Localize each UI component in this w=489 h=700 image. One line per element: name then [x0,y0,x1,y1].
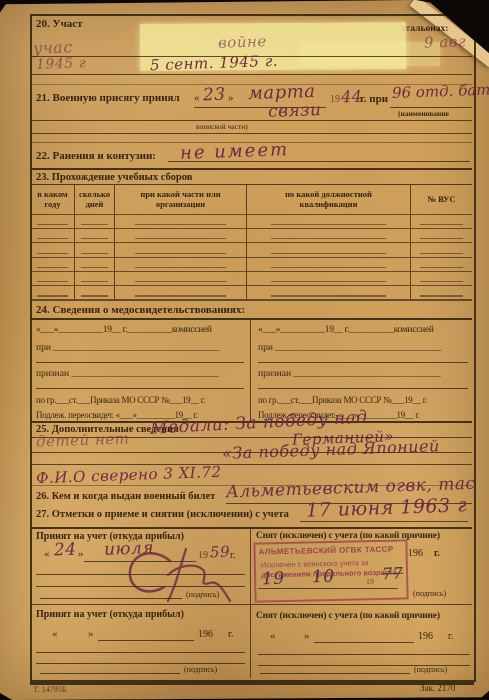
after-year-label: г. при [360,94,388,106]
col-header-vus: № ВУС [411,185,472,215]
quote-close: » [88,629,94,641]
hw-campaign-3: 9 авг [424,32,467,51]
section-20-label: 20. Участ [36,19,83,31]
table-cell [247,258,411,272]
table-cell [247,243,411,257]
table-cell [31,272,75,286]
tape-patch-2 [300,42,440,66]
hint-naimenovanie: (наименование [398,110,449,118]
col-header-unit: при какой части или организации [115,185,247,215]
hw-children: детей нет [36,429,130,450]
section-27-label: 27. Отметки о приеме и снятии (исключени… [36,509,289,520]
sign-label-1: (подпись) [186,591,219,599]
removed-year-printed: 19 [366,578,374,586]
hw-accept-day: 24 [54,540,77,561]
removed2-year196: 196 [418,632,433,643]
sign-label-4: (подпись) [414,666,447,674]
table-cell [411,229,472,243]
quote-close: » [304,631,310,643]
table-cell [115,243,247,257]
removed2-g-label: г. [448,632,453,643]
removed-year196: 196 [408,549,423,560]
table-cell [31,286,75,300]
col-header-days: сколько дней [75,185,115,215]
hw-campaign-2: войне [218,32,267,52]
table-cell [411,215,472,229]
order-number: Зак. 2170 [420,684,455,693]
med-right-pri-line: при ___________________________________ [258,344,442,354]
accept-label-2: Принят на учет (откуда прибыл) [36,610,184,621]
med-right-date-line: «___»__________19__ г.__________комиссие… [258,326,434,336]
hw-campaign-1: учас [33,37,73,57]
table-cell [31,243,75,257]
table-cell [411,272,472,286]
table-cell [75,300,115,301]
table-cell [75,272,115,286]
table-cell [115,215,247,229]
table-cell [75,215,115,229]
hw-unit: 96 отд. бат-н [392,80,489,102]
table-cell [247,272,411,286]
col-header-qualification: по какой должностной квалификации [247,185,411,215]
section-26-label: 26. Кем и когда выдан военный билет [36,491,215,502]
table-cell [247,215,411,229]
quote-close: » [78,549,84,561]
section-21-label: 21. Военную присягу принял [36,93,180,105]
section-22-label: 22. Ранения и контузии: [36,151,156,163]
table-cell [115,258,247,272]
hw-removed-day: 19 [262,569,285,590]
hw-oath-day: 23 [203,85,226,106]
sign-label-2: (подпись) [413,590,446,598]
med-right-prikaz-line: по гр.___ст.___Приказа МО СССР №___19__ … [258,396,427,405]
table-cell [115,286,247,300]
removed-label-2: Снят (исключен) с учета (по какой причин… [256,612,440,622]
table-cell [115,229,247,243]
section-24-label: 24. Сведения о медосвидетельствованиях: [36,305,245,317]
accept2-g-label: г. [228,630,233,641]
quote-open: « [270,631,276,643]
table-cell [247,300,411,301]
table-cell [31,258,75,272]
document-page: 20. Участ атальонах: учас войне 9 авг 19… [0,0,489,700]
table-cell [75,243,115,257]
hw-removed-year: 77 [382,564,404,584]
quote-open: « [44,549,50,561]
sign-label-3: (подпись) [184,666,217,674]
hw-campaign-4: 1945 г [36,55,87,73]
training-table: в каком году сколько дней при какой част… [31,184,472,301]
med-right-priznan-line: признан _______________________________ [258,370,441,380]
table-cell [75,258,115,272]
quote-open: « [194,93,200,105]
table-cell [31,300,75,301]
table-cell [75,286,115,300]
med-left-pri-line: при ___________________________________ [36,344,220,354]
table-cell [247,229,411,243]
removed-g-label: г. [434,549,440,560]
table-cell [411,258,472,272]
accept2-year196: 196 [198,630,213,641]
table-cell [247,286,411,300]
table-cell [31,215,75,229]
table-cell [115,272,247,286]
hw-unit-2: связи [268,100,322,122]
table-cell [115,300,247,301]
section-23-label: 23. Прохождение учебных сборов [36,172,192,183]
table-cell [31,229,75,243]
table-cell [411,286,472,300]
med-left-prikaz-line: по гр.___ст.___Приказа МО СССР №___19__ … [36,396,205,405]
med-left-priznan-line: признан _______________________________ [36,370,219,380]
stamp-line-1: АЛЬМЕТЬЕВСКИЙ ОГВК ТАССР [258,545,393,557]
med-left-date-line: «___»__________19__ г.__________комиссие… [36,326,212,336]
form-code: Г. 14795Б [34,686,66,694]
table-cell [411,243,472,257]
year-printed: 19 [330,95,340,106]
hint-voinskoy-chasti: воинской части) [196,123,248,131]
quote-close: » [228,93,234,105]
table-cell [75,229,115,243]
table-cell [411,300,472,301]
quote-open: « [52,629,58,641]
hw-removed-month: 10 [312,567,335,588]
col-header-year: в каком году [31,185,75,215]
